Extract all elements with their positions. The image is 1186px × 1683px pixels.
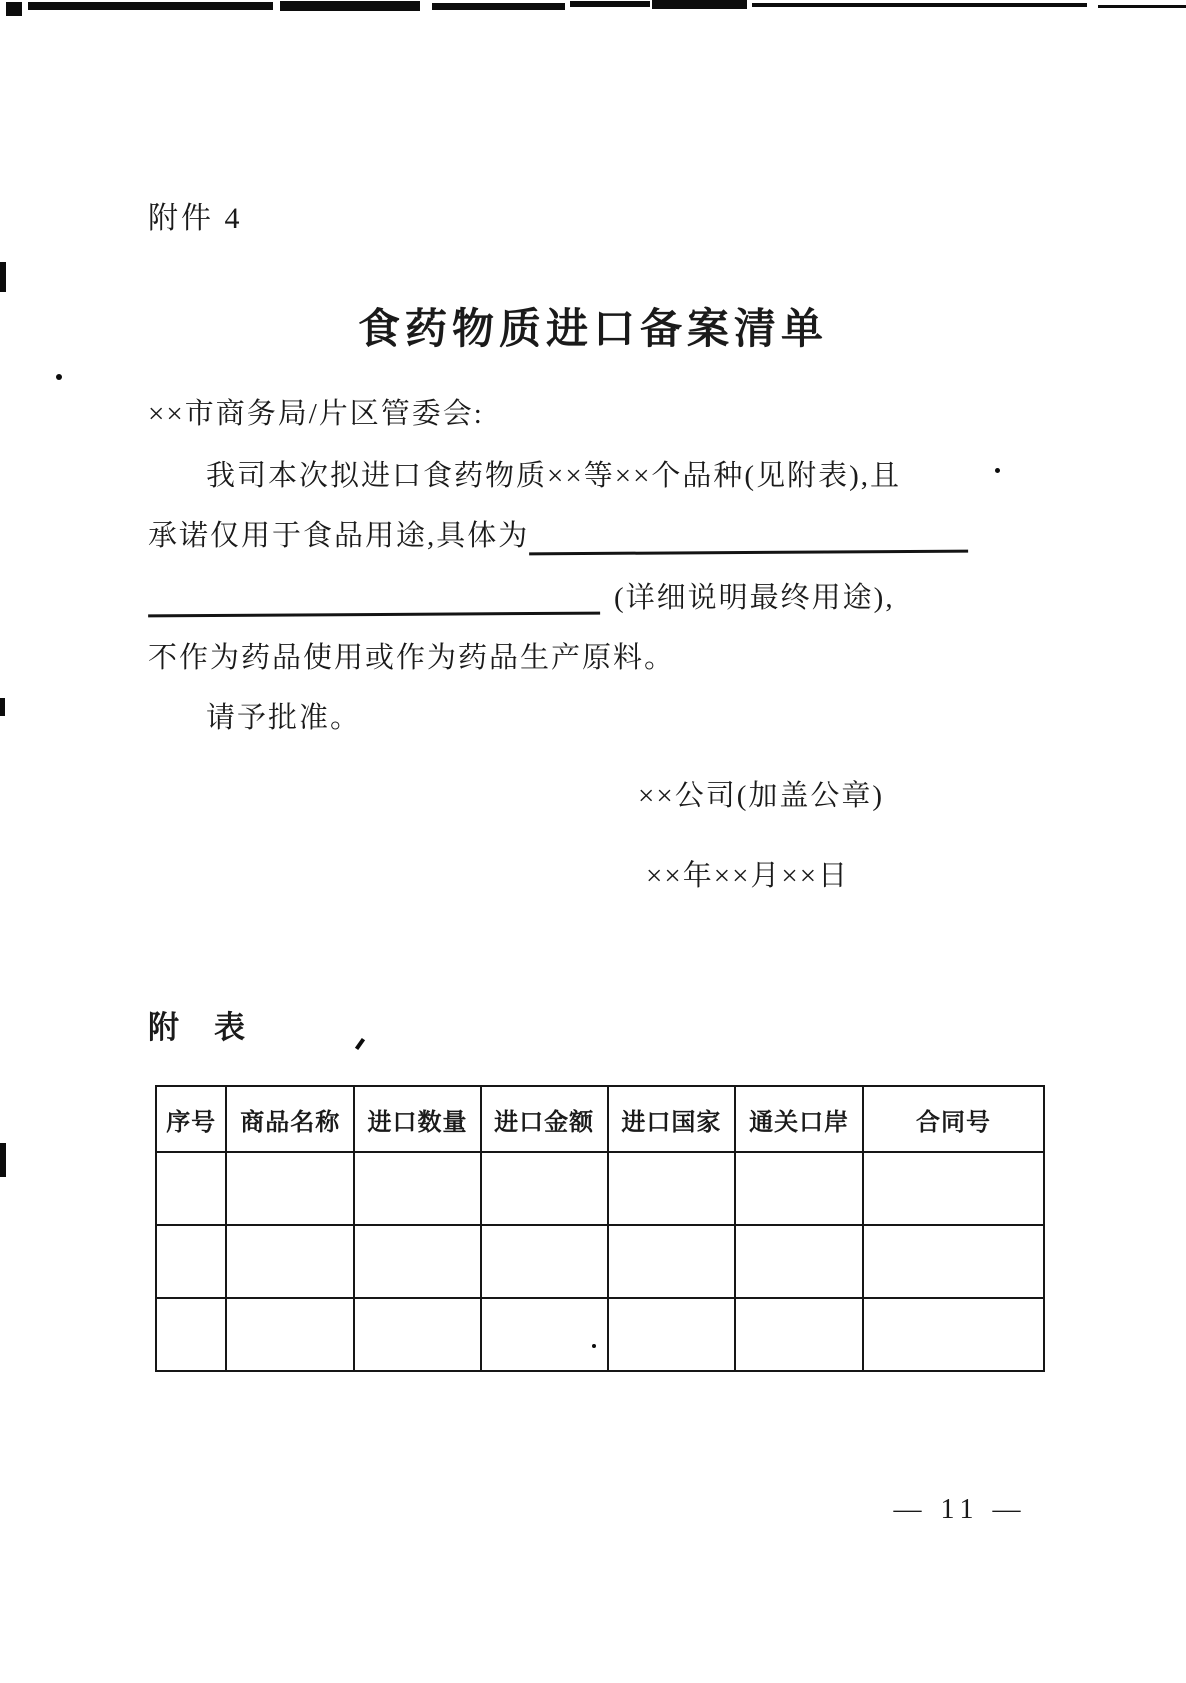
table-cell [354,1152,481,1225]
attachment-label: 附件 4 [148,193,243,237]
paragraph-line-2: 承诺仅用于食品用途,具体为 [148,512,968,560]
scan-artifact [355,1038,365,1050]
page-number: — 11 — [860,1494,1060,1526]
scan-artifact [570,1,650,7]
table-row [156,1225,1044,1298]
table-cell [354,1225,481,1298]
table-cell [863,1152,1044,1225]
scan-artifact [995,468,1000,473]
scan-artifact [1098,5,1186,8]
table-cell [735,1152,863,1225]
table-row [156,1152,1044,1225]
table-header-cell: 合同号 [863,1086,1044,1152]
table-cell [608,1298,736,1371]
paragraph-line-1: 我司本次拟进口食药物质××等××个品种(见附表),且 [206,452,901,500]
scan-artifact [0,698,5,716]
table-cell [156,1298,226,1371]
paragraph-line-2-text: 承诺仅用于食品用途,具体为 [148,512,529,560]
table-header-cell: 商品名称 [226,1086,354,1152]
table-row [156,1298,1044,1371]
table-header-cell: 通关口岸 [735,1086,863,1152]
table-cell [226,1152,354,1225]
scan-artifact [0,262,6,292]
scan-artifact [0,1143,6,1177]
annex-table: 序号 商品名称 进口数量 进口金额 进口国家 通关口岸 合同号 [155,1085,1045,1372]
table-cell [735,1298,863,1371]
paragraph-line-3: (详细说明最终用途), [148,574,968,622]
table-header-cell: 进口金额 [481,1086,608,1152]
scan-artifact [652,0,747,9]
paragraph-line-5: 请予批准。 [206,694,361,742]
signature-company-line: ××公司(加盖公章) [638,772,884,820]
table-cell [226,1225,354,1298]
table-cell [481,1225,608,1298]
paragraph-line-4: 不作为药品使用或作为药品生产原料。 [148,634,675,682]
signature-date-line: ××年××月××日 [646,852,849,900]
scan-artifact [752,3,1087,7]
table-cell [226,1298,354,1371]
table-cell [156,1152,226,1225]
table-cell [608,1225,736,1298]
scan-artifact [56,374,62,380]
scan-artifact [432,3,565,10]
table-header-cell: 序号 [156,1086,226,1152]
table-header-cell: 进口国家 [608,1086,736,1152]
table-cell [735,1225,863,1298]
table-cell [481,1152,608,1225]
table-header-row: 序号 商品名称 进口数量 进口金额 进口国家 通关口岸 合同号 [156,1086,1044,1152]
table-cell [863,1298,1044,1371]
document-page: 附件 4 食药物质进口备案清单 ××市商务局/片区管委会: 我司本次拟进口食药物… [0,0,1186,1683]
table-cell [156,1225,226,1298]
salutation-line: ××市商务局/片区管委会: [148,390,484,438]
paragraph-line-3-text: (详细说明最终用途), [614,574,895,622]
table-cell [481,1298,608,1371]
scan-artifact [28,2,273,10]
page-title: 食药物质进口备案清单 [0,296,1186,356]
scan-artifact [6,2,22,16]
table-header-cell: 进口数量 [354,1086,481,1152]
table-cell [608,1152,736,1225]
table-cell [863,1225,1044,1298]
blank-fill-line-2 [148,573,600,618]
scan-artifact [280,1,420,11]
table-cell [354,1298,481,1371]
blank-fill-line-1 [529,511,968,556]
annex-label: 附 表 [148,1002,247,1047]
